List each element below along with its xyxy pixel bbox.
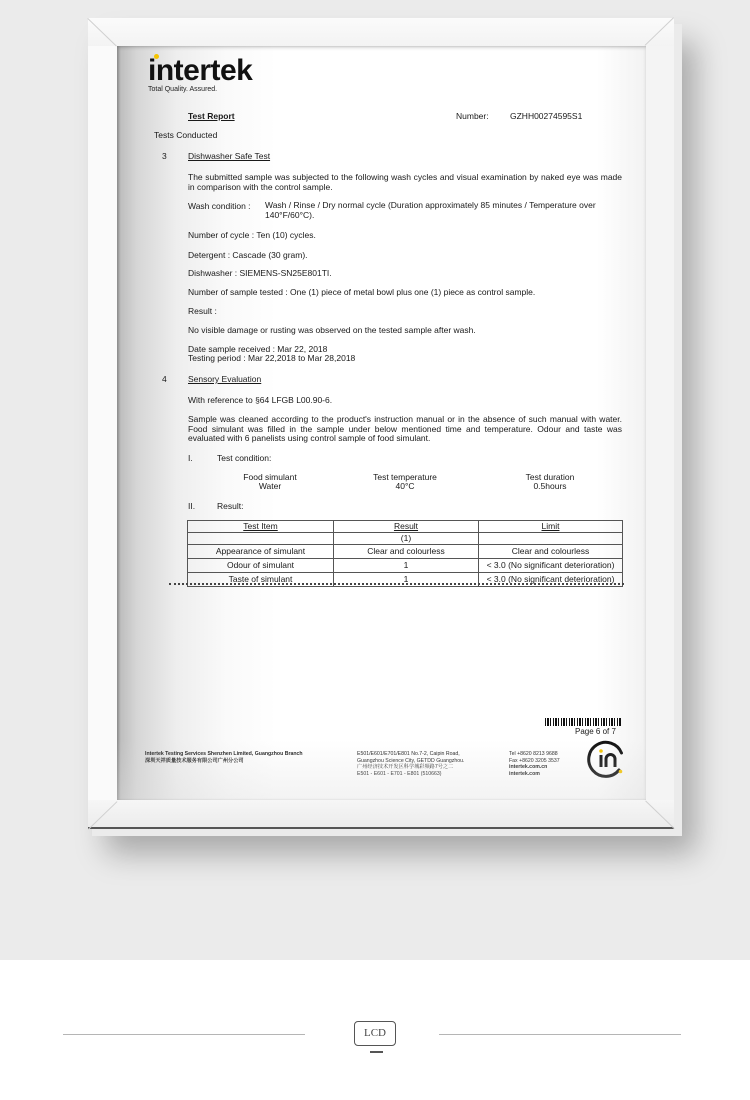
intertek-logo: intertek [148, 54, 252, 88]
table-cell: 1 [334, 559, 479, 573]
right-divider-line [439, 1034, 681, 1035]
subheader-cell [479, 533, 623, 545]
section-number: 3 [162, 151, 167, 161]
result-value: No visible damage or rusting was observe… [188, 325, 476, 335]
section-title: Dishwasher Safe Test [188, 151, 270, 161]
sensory-description: Sample was cleaned according to the prod… [188, 415, 622, 444]
barcode [545, 718, 621, 726]
section-title: Sensory Evaluation [188, 374, 261, 384]
table-row: Odour of simulant 1 < 3.0 (No significan… [188, 559, 623, 573]
table-header-row: Test Item Result Limit [188, 521, 623, 533]
samples-tested: Number of sample tested : One (1) piece … [188, 287, 535, 297]
logo-tagline: Total Quality. Assured. [148, 86, 217, 93]
sensory-result-table: Test Item Result Limit (1) Appearance of… [187, 520, 623, 587]
page-indicator: Page 6 of 7 [575, 727, 616, 737]
condition-number: I. [188, 453, 193, 463]
dishwasher-intro: The submitted sample was subjected to th… [188, 173, 622, 192]
result-label: Result : [188, 306, 217, 316]
result-heading: Result: [217, 501, 243, 511]
report-number: GZHH00274595S1 [510, 111, 582, 121]
table-cell: Appearance of simulant [188, 545, 334, 559]
condition-label: Test condition: [217, 453, 271, 463]
header-limit: Limit [479, 521, 623, 533]
lcd-monitor-stand [370, 1051, 383, 1053]
test-report-page: intertek Total Quality. Assured. Test Re… [117, 46, 646, 800]
result-number: II. [188, 501, 195, 511]
wash-condition-value: Wash / Rinse / Dry normal cycle (Duratio… [265, 201, 610, 220]
subheader-cell [188, 533, 334, 545]
table-cell: Clear and colourless [334, 545, 479, 559]
section-heading: Tests Conducted [154, 130, 217, 140]
wash-condition-label: Wash condition : [188, 201, 251, 211]
dishwasher-model: Dishwasher : SIEMENS-SN25E801TI. [188, 268, 332, 278]
table-cell: < 3.0 (No significant deterioration) [479, 559, 623, 573]
table-row: Appearance of simulant Clear and colourl… [188, 545, 623, 559]
cycle-count: Number of cycle : Ten (10) cycles. [188, 230, 316, 240]
section-number: 4 [162, 374, 167, 384]
lfgb-reference: With reference to §64 LFGB L00.90-6. [188, 395, 332, 405]
header-result: Result [334, 521, 479, 533]
testing-period: Testing period : Mar 22,2018 to Mar 28,2… [188, 353, 355, 363]
report-title: Test Report [188, 111, 235, 121]
left-divider-line [63, 1034, 305, 1035]
table-cell: Odour of simulant [188, 559, 334, 573]
header-test-item: Test Item [188, 521, 334, 533]
number-label: Number: [456, 111, 489, 121]
table-subheader-row: (1) [188, 533, 623, 545]
lcd-monitor-icon: LCD [354, 1021, 396, 1046]
subheader-cell: (1) [334, 533, 479, 545]
detergent: Detergent : Cascade (30 gram). [188, 250, 308, 260]
end-of-section-divider [169, 583, 624, 587]
table-cell: Clear and colourless [479, 545, 623, 559]
